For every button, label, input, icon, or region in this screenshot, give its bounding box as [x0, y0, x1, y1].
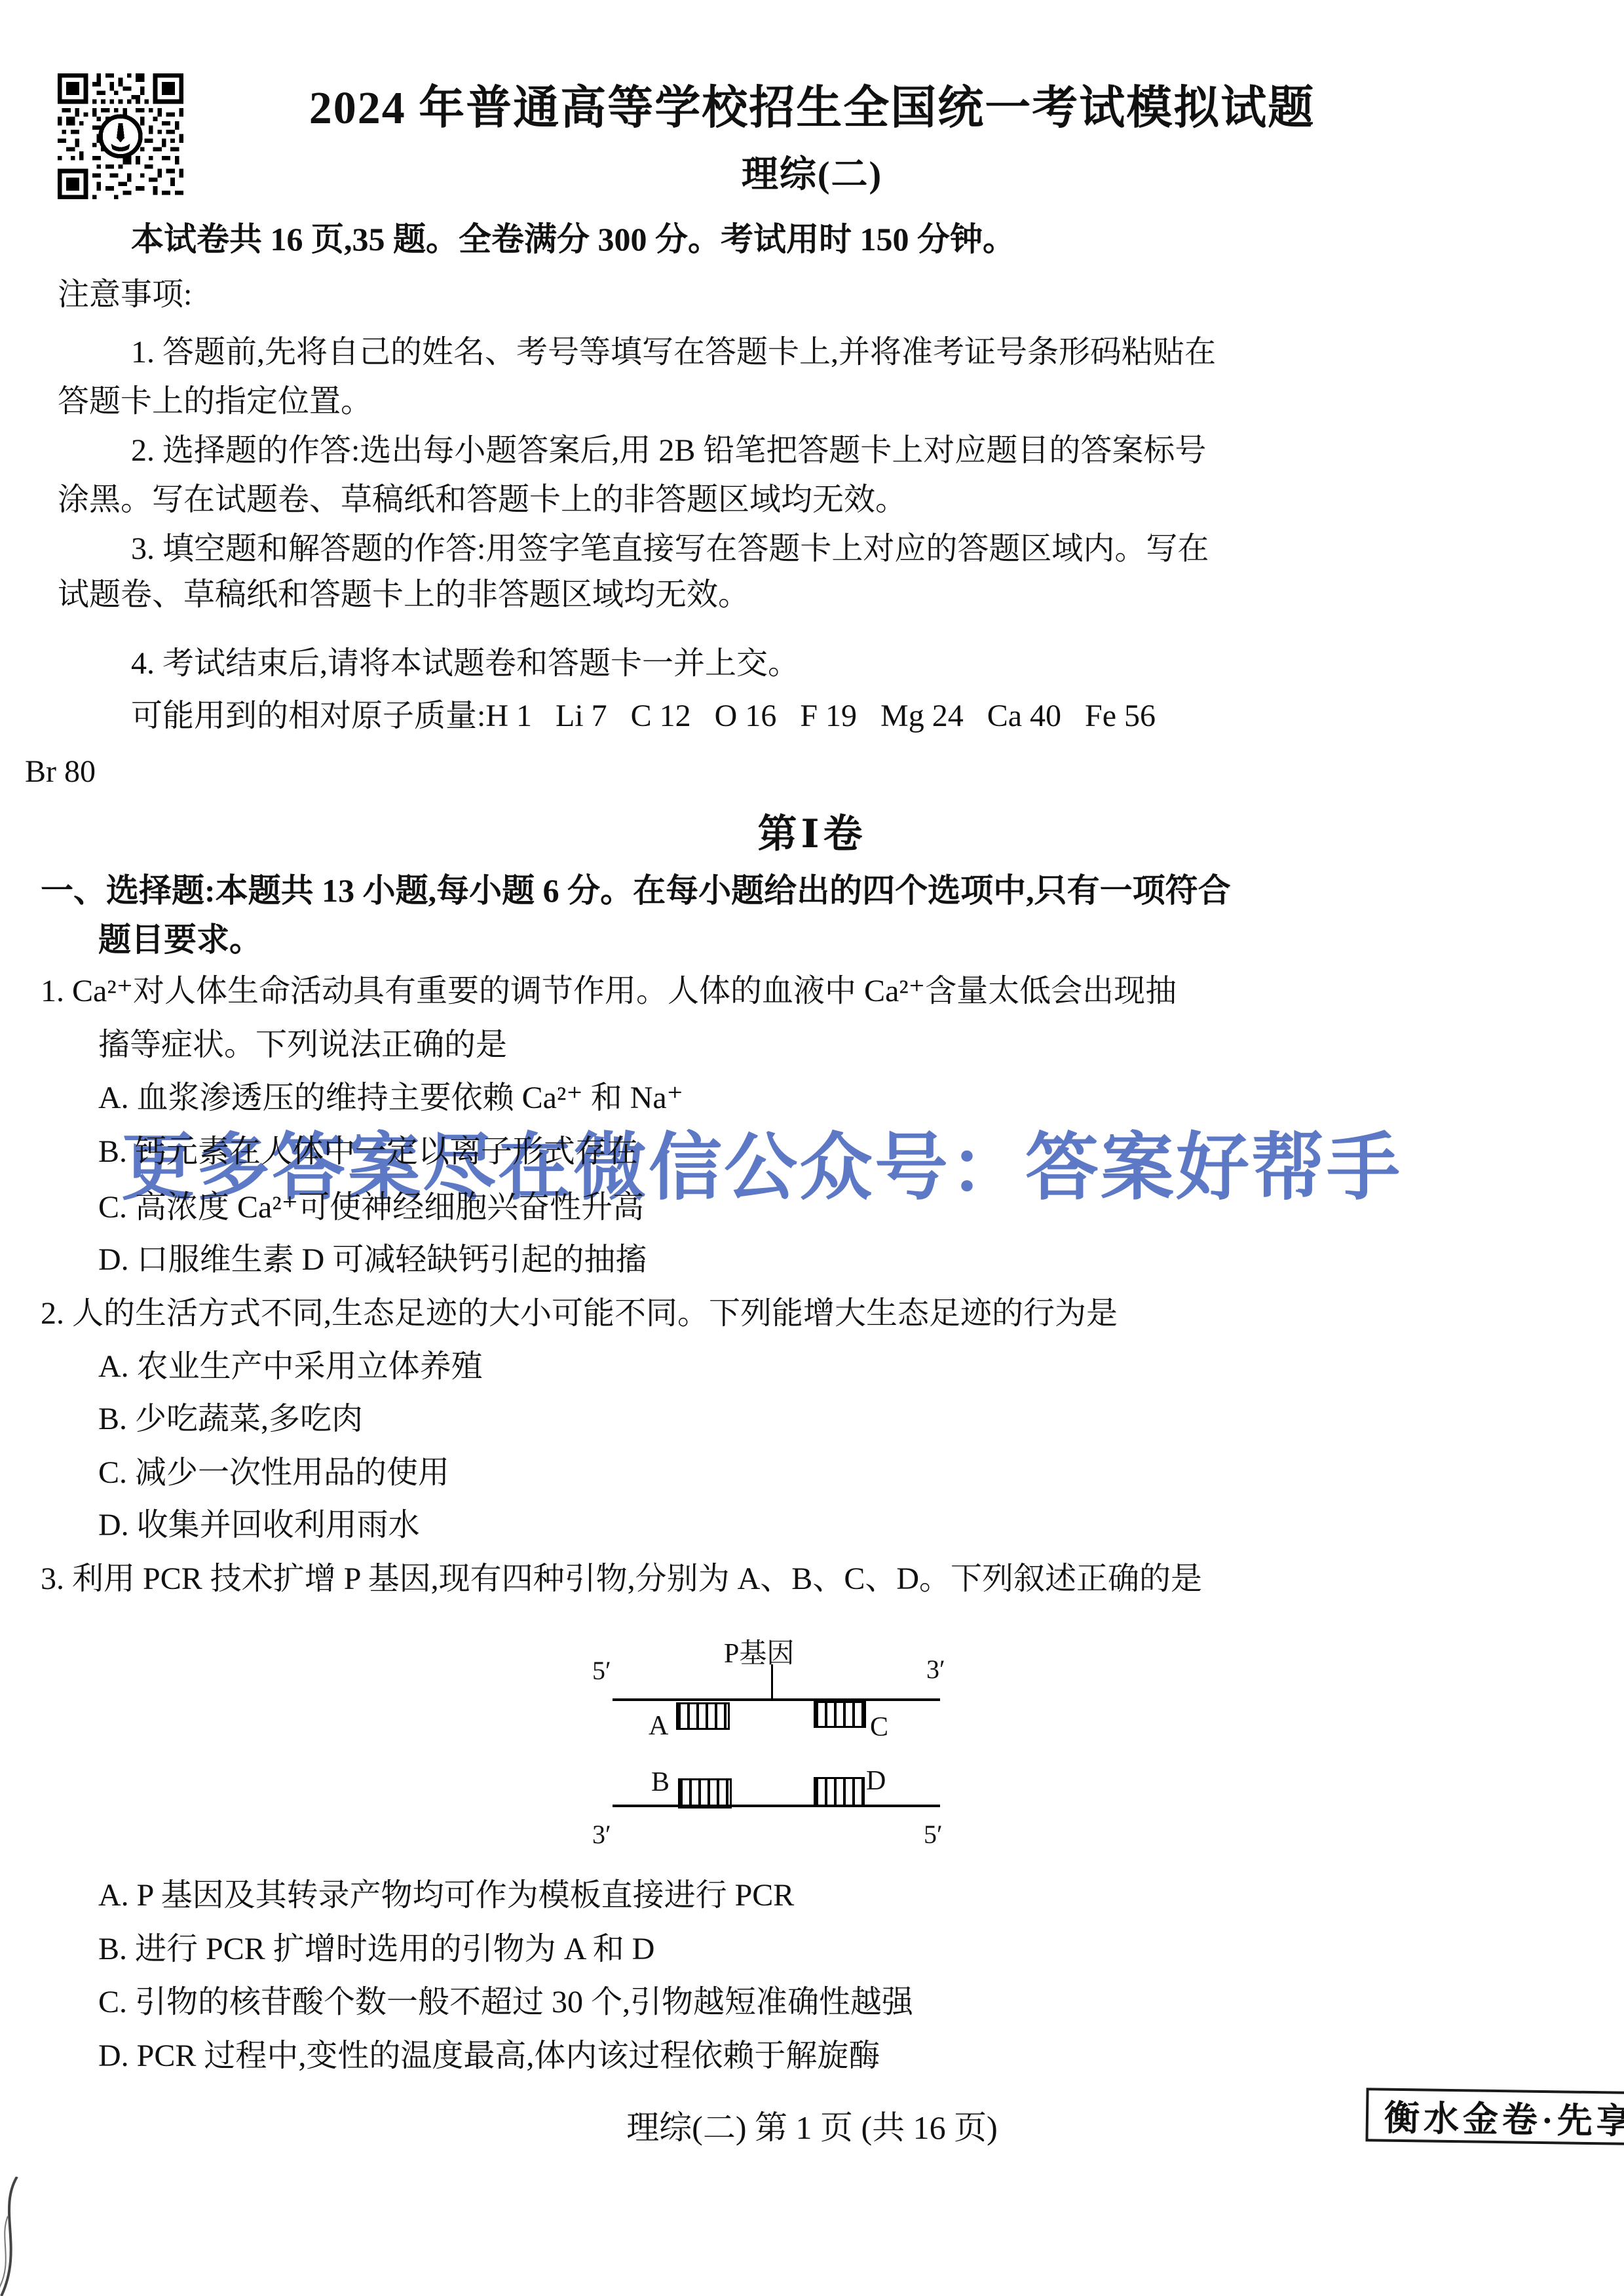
- strand2-5prime-label: 5′: [924, 1819, 943, 1850]
- question-3-option-d: D. PCR 过程中,变性的温度最高,体内该过程依赖于解旋酶: [98, 2037, 880, 2076]
- notice-item-2-line-1: 2. 选择题的作答:选出每小题答案后,用 2B 铅笔把答题卡上对应题目的答案标号: [131, 431, 1206, 470]
- primer-a-comb: [676, 1702, 730, 1730]
- primer-b-label: B: [651, 1767, 670, 1798]
- question-1-option-b: B. 钙元素在人体中一定以离子形式存在: [98, 1132, 638, 1172]
- question-1-stem-line-2: 搐等症状。下列说法正确的是: [98, 1025, 507, 1065]
- exam-paper-page: { "header": { "title": "2024 年普通高等学校招生全国…: [0, 0, 1624, 2296]
- primer-a-label: A: [649, 1710, 668, 1742]
- section-instructions-line-2: 题目要求。: [98, 919, 262, 961]
- question-3-option-b: B. 进行 PCR 扩增时选用的引物为 A 和 D: [98, 1930, 654, 1969]
- notice-item-1-line-1: 1. 答题前,先将自己的姓名、考号等填写在答题卡上,并将准考证号条形码粘贴在: [131, 333, 1216, 372]
- question-2-stem: 2. 人的生活方式不同,生态足迹的大小可能不同。下列能增大生态足迹的行为是: [41, 1294, 1118, 1333]
- question-3-option-c: C. 引物的核苷酸个数一般不超过 30 个,引物越短准确性越强: [98, 1983, 913, 2022]
- section-instructions-line-1: 一、选择题:本题共 13 小题,每小题 6 分。在每小题给出的四个选项中,只有一…: [41, 870, 1231, 911]
- primer-c-comb: [814, 1701, 866, 1728]
- brand-box: 衡水金卷·先享题: [1365, 2088, 1624, 2147]
- strand1-3prime-label: 3′: [926, 1654, 945, 1685]
- notice-item-4: 4. 考试结束后,请将本试题卷和答题卡一并上交。: [131, 644, 799, 683]
- question-1-option-a: A. 血浆渗透压的维持主要依赖 Ca²⁺ 和 Na⁺: [98, 1079, 683, 1118]
- pcr-primer-diagram: P基因 5′ 3′ A C B D 3′ 5′: [583, 1624, 963, 1860]
- question-1-option-c: C. 高浓度 Ca²⁺可使神经细胞兴奋性升高: [98, 1188, 644, 1227]
- question-2-option-b: B. 少吃蔬菜,多吃肉: [98, 1400, 363, 1439]
- scan-artifact: [0, 2177, 26, 2296]
- notice-item-1-line-2: 答题卡上的指定位置。: [58, 382, 372, 421]
- primer-d-comb: [814, 1777, 865, 1807]
- atomic-masses-line-2: Br 80: [25, 752, 96, 792]
- page-subtitle: 理综(二): [0, 152, 1624, 198]
- strand1-5prime-label: 5′: [592, 1655, 611, 1686]
- dna-strand-top: [613, 1698, 940, 1701]
- question-3-stem: 3. 利用 PCR 技术扩增 P 基因,现有四种引物,分别为 A、B、C、D。下…: [41, 1559, 1202, 1599]
- section-title: 第Ⅰ卷: [0, 810, 1624, 859]
- strand2-3prime-label: 3′: [592, 1819, 611, 1850]
- question-3-option-a: A. P 基因及其转录产物均可作为模板直接进行 PCR: [98, 1876, 794, 1915]
- gene-label: P基因: [724, 1632, 794, 1671]
- page-title: 2024 年普通高等学校招生全国统一考试模拟试题: [0, 80, 1624, 138]
- primer-d-label: D: [866, 1765, 886, 1797]
- question-2-option-d: D. 收集并回收利用雨水: [98, 1506, 420, 1545]
- brand-label: 衡水金卷·先享题: [1384, 2090, 1624, 2144]
- gene-pointer-line: [771, 1664, 773, 1698]
- question-1-option-d: D. 口服维生素 D 可减轻缺钙引起的抽搐: [98, 1240, 647, 1280]
- notice-item-3-line-1: 3. 填空题和解答题的作答:用签字笔直接写在答题卡上对应的答题区域内。写在: [131, 529, 1209, 569]
- question-2-option-c: C. 减少一次性用品的使用: [98, 1453, 449, 1493]
- question-1-stem-line-1: 1. Ca²⁺对人体生命活动具有重要的调节作用。人体的血液中 Ca²⁺含量太低会…: [41, 972, 1177, 1011]
- atomic-masses-line-1: 可能用到的相对原子质量:H 1 Li 7 C 12 O 16 F 19 Mg 2…: [131, 697, 1156, 736]
- notice-heading: 注意事项:: [58, 275, 192, 315]
- exam-info: 本试卷共 16 页,35 题。全卷满分 300 分。考试用时 150 分钟。: [131, 219, 1015, 260]
- dna-strand-bottom: [613, 1805, 940, 1807]
- notice-item-3-line-2: 试题卷、草稿纸和答题卡上的非答题区域均无效。: [58, 575, 749, 615]
- question-2-option-a: A. 农业生产中采用立体养殖: [98, 1347, 483, 1387]
- primer-c-label: C: [870, 1712, 888, 1743]
- notice-item-2-line-2: 涂黑。写在试题卷、草稿纸和答题卡上的非答题区域均无效。: [58, 480, 907, 520]
